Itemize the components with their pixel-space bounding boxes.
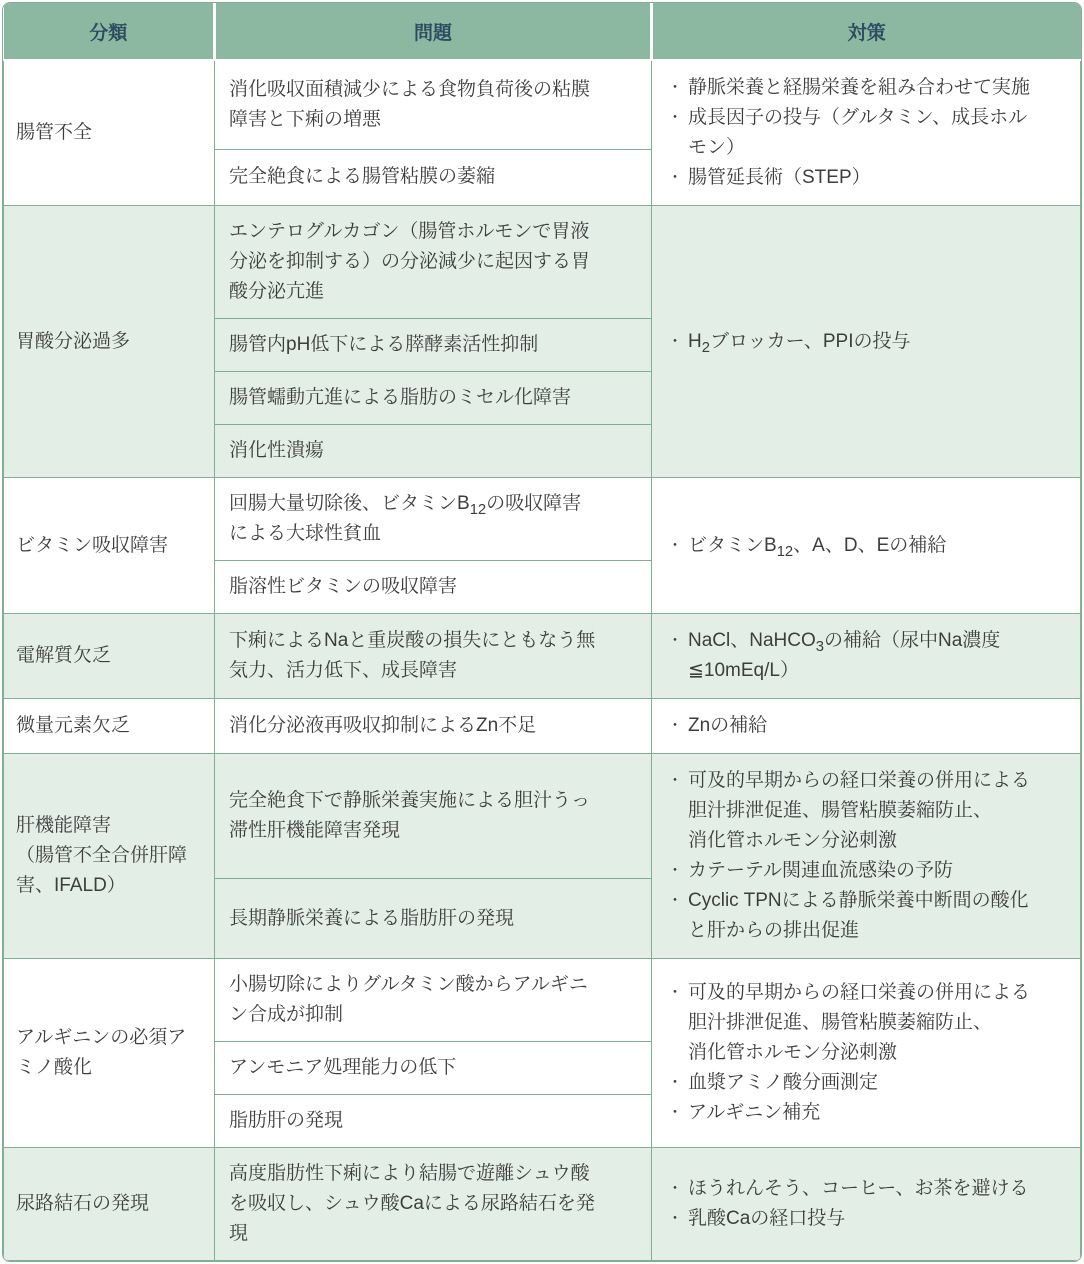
countermeasure-item: ・Cyclic TPNによる静脈栄養中断間の酸化 と肝からの排出促進 xyxy=(662,886,1068,946)
problem-cell: 消化性潰瘍 xyxy=(215,425,652,478)
countermeasure-text: 可及的早期からの経口栄養の併用による 胆汁排泄促進、腸管粘膜萎縮防止、 消化管ホ… xyxy=(688,766,1068,856)
category-cell: ビタミン吸収障害 xyxy=(4,478,215,614)
bullet-marker: ・ xyxy=(662,626,688,656)
problem-cell: 消化分泌液再吸収抑制によるZn不足 xyxy=(215,699,652,754)
countermeasure-cell: ・ほうれんそう、コーヒー、お茶を避ける・乳酸Caの経口投与 xyxy=(652,1148,1081,1261)
subscript-text: 12 xyxy=(470,502,486,518)
bullet-marker: ・ xyxy=(662,73,688,103)
problem-cell: 下痢によるNaと重炭酸の損失にともなう無 気力、活力低下、成長障害 xyxy=(215,614,652,699)
countermeasure-cell: ・可及的早期からの経口栄養の併用による 胆汁排泄促進、腸管粘膜萎縮防止、 消化管… xyxy=(652,959,1081,1148)
complications-table: 分類 問題 対策 腸管不全消化吸収面積減少による食物負荷後の粘膜 障害と下痢の増… xyxy=(3,3,1081,1261)
countermeasure-item: ・カテーテル関連血流感染の予防 xyxy=(662,856,1068,886)
table-row: ビタミン吸収障害回腸大量切除後、ビタミンB12の吸収障害 による大球性貧血・ビタ… xyxy=(4,478,1081,561)
countermeasure-cell: ・Znの補給 xyxy=(652,699,1081,754)
category-cell: 肝機能障害 （腸管不全合併肝障害、IFALD） xyxy=(4,754,215,959)
table-header: 分類 問題 対策 xyxy=(4,3,1081,60)
header-row: 分類 問題 対策 xyxy=(4,3,1081,60)
column-header-problem: 問題 xyxy=(215,3,652,60)
bullet-marker: ・ xyxy=(662,1174,688,1204)
complications-table-container: 分類 問題 対策 腸管不全消化吸収面積減少による食物負荷後の粘膜 障害と下痢の増… xyxy=(2,2,1082,1262)
table-row: 尿路結石の発現高度脂肪性下痢により結腸で遊離シュウ酸 を吸収し、シュウ酸Caによ… xyxy=(4,1148,1081,1261)
subscript-text: 3 xyxy=(816,639,824,655)
countermeasure-text: ビタミンB12、A、D、Eの補給 xyxy=(688,531,1068,561)
problem-cell: 脂溶性ビタミンの吸収障害 xyxy=(215,561,652,614)
bullet-marker: ・ xyxy=(662,327,688,357)
problem-cell: 完全絶食下で静脈栄養実施による胆汁うっ 滞性肝機能障害発現 xyxy=(215,754,652,879)
table-row: 肝機能障害 （腸管不全合併肝障害、IFALD）完全絶食下で静脈栄養実施による胆汁… xyxy=(4,754,1081,879)
bullet-marker: ・ xyxy=(662,531,688,561)
countermeasure-item: ・NaCl、NaHCO3の補給（尿中Na濃度 ≦10mEq/L） xyxy=(662,626,1068,686)
countermeasure-item: ・H2ブロッカー、PPIの投与 xyxy=(662,327,1068,357)
bullet-marker: ・ xyxy=(662,978,688,1008)
bullet-marker: ・ xyxy=(662,856,688,886)
table-body: 腸管不全消化吸収面積減少による食物負荷後の粘膜 障害と下痢の増悪・静脈栄養と経腸… xyxy=(4,60,1081,1261)
problem-cell: 脂肪肝の発現 xyxy=(215,1095,652,1148)
countermeasure-text: H2ブロッカー、PPIの投与 xyxy=(688,327,1068,357)
problem-cell: 腸管内pH低下による膵酵素活性抑制 xyxy=(215,319,652,372)
countermeasure-cell: ・ビタミンB12、A、D、Eの補給 xyxy=(652,478,1081,614)
problem-cell: 長期静脈栄養による脂肪肝の発現 xyxy=(215,879,652,959)
subscript-text: 2 xyxy=(702,339,710,355)
bullet-marker: ・ xyxy=(662,886,688,916)
countermeasure-item: ・腸管延長術（STEP） xyxy=(662,163,1068,193)
countermeasure-text: カテーテル関連血流感染の予防 xyxy=(688,856,1068,886)
table-row: 胃酸分泌過多エンテログルカゴン（腸管ホルモンで胃液 分泌を抑制する）の分泌減少に… xyxy=(4,206,1081,319)
table-row: アルギニンの必須アミノ酸化小腸切除によりグルタミン酸からアルギニ ン合成が抑制・… xyxy=(4,959,1081,1042)
bullet-marker: ・ xyxy=(662,1068,688,1098)
countermeasure-item: ・可及的早期からの経口栄養の併用による 胆汁排泄促進、腸管粘膜萎縮防止、 消化管… xyxy=(662,978,1068,1068)
problem-cell: アンモニア処理能力の低下 xyxy=(215,1042,652,1095)
countermeasure-text: アルギニン補充 xyxy=(688,1098,1068,1128)
countermeasure-item: ・アルギニン補充 xyxy=(662,1098,1068,1128)
problem-cell: 回腸大量切除後、ビタミンB12の吸収障害 による大球性貧血 xyxy=(215,478,652,561)
subscript-text: 12 xyxy=(777,543,793,559)
bullet-marker: ・ xyxy=(662,103,688,133)
countermeasure-item: ・ビタミンB12、A、D、Eの補給 xyxy=(662,531,1068,561)
countermeasure-item: ・血漿アミノ酸分画測定 xyxy=(662,1068,1068,1098)
countermeasure-text: 腸管延長術（STEP） xyxy=(688,163,1068,193)
bullet-marker: ・ xyxy=(662,1204,688,1234)
countermeasure-text: 乳酸Caの経口投与 xyxy=(688,1204,1068,1234)
countermeasure-text: 成長因子の投与（グルタミン、成長ホル モン） xyxy=(688,103,1068,163)
countermeasure-item: ・可及的早期からの経口栄養の併用による 胆汁排泄促進、腸管粘膜萎縮防止、 消化管… xyxy=(662,766,1068,856)
countermeasure-cell: ・静脈栄養と経腸栄養を組み合わせて実施・成長因子の投与（グルタミン、成長ホル モ… xyxy=(652,60,1081,206)
problem-cell: 腸管蠕動亢進による脂肪のミセル化障害 xyxy=(215,372,652,425)
problem-cell: 消化吸収面積減少による食物負荷後の粘膜 障害と下痢の増悪 xyxy=(215,60,652,149)
table-row: 腸管不全消化吸収面積減少による食物負荷後の粘膜 障害と下痢の増悪・静脈栄養と経腸… xyxy=(4,60,1081,149)
problem-cell: 完全絶食による腸管粘膜の萎縮 xyxy=(215,149,652,206)
countermeasure-item: ・乳酸Caの経口投与 xyxy=(662,1204,1068,1234)
bullet-marker: ・ xyxy=(662,711,688,741)
countermeasure-text: ほうれんそう、コーヒー、お茶を避ける xyxy=(688,1174,1068,1204)
countermeasure-item: ・成長因子の投与（グルタミン、成長ホル モン） xyxy=(662,103,1068,163)
problem-cell: エンテログルカゴン（腸管ホルモンで胃液 分泌を抑制する）の分泌減少に起因する胃 … xyxy=(215,206,652,319)
problem-cell: 小腸切除によりグルタミン酸からアルギニ ン合成が抑制 xyxy=(215,959,652,1042)
category-cell: 腸管不全 xyxy=(4,60,215,206)
countermeasure-text: NaCl、NaHCO3の補給（尿中Na濃度 ≦10mEq/L） xyxy=(688,626,1068,686)
countermeasure-cell: ・可及的早期からの経口栄養の併用による 胆汁排泄促進、腸管粘膜萎縮防止、 消化管… xyxy=(652,754,1081,959)
countermeasure-item: ・静脈栄養と経腸栄養を組み合わせて実施 xyxy=(662,73,1068,103)
countermeasure-text: Znの補給 xyxy=(688,711,1068,741)
column-header-countermeasure: 対策 xyxy=(652,3,1081,60)
countermeasure-text: Cyclic TPNによる静脈栄養中断間の酸化 と肝からの排出促進 xyxy=(688,886,1068,946)
category-cell: アルギニンの必須アミノ酸化 xyxy=(4,959,215,1148)
countermeasure-cell: ・NaCl、NaHCO3の補給（尿中Na濃度 ≦10mEq/L） xyxy=(652,614,1081,699)
countermeasure-text: 静脈栄養と経腸栄養を組み合わせて実施 xyxy=(688,73,1068,103)
countermeasure-item: ・ほうれんそう、コーヒー、お茶を避ける xyxy=(662,1174,1068,1204)
category-cell: 尿路結石の発現 xyxy=(4,1148,215,1261)
column-header-category: 分類 xyxy=(4,3,215,60)
category-cell: 微量元素欠乏 xyxy=(4,699,215,754)
countermeasure-text: 可及的早期からの経口栄養の併用による 胆汁排泄促進、腸管粘膜萎縮防止、 消化管ホ… xyxy=(688,978,1068,1068)
bullet-marker: ・ xyxy=(662,1098,688,1128)
table-row: 微量元素欠乏消化分泌液再吸収抑制によるZn不足・Znの補給 xyxy=(4,699,1081,754)
bullet-marker: ・ xyxy=(662,766,688,796)
countermeasure-text: 血漿アミノ酸分画測定 xyxy=(688,1068,1068,1098)
countermeasure-cell: ・H2ブロッカー、PPIの投与 xyxy=(652,206,1081,478)
table-row: 電解質欠乏下痢によるNaと重炭酸の損失にともなう無 気力、活力低下、成長障害・N… xyxy=(4,614,1081,699)
bullet-marker: ・ xyxy=(662,163,688,193)
problem-cell: 高度脂肪性下痢により結腸で遊離シュウ酸 を吸収し、シュウ酸Caによる尿路結石を発… xyxy=(215,1148,652,1261)
countermeasure-item: ・Znの補給 xyxy=(662,711,1068,741)
category-cell: 電解質欠乏 xyxy=(4,614,215,699)
category-cell: 胃酸分泌過多 xyxy=(4,206,215,478)
